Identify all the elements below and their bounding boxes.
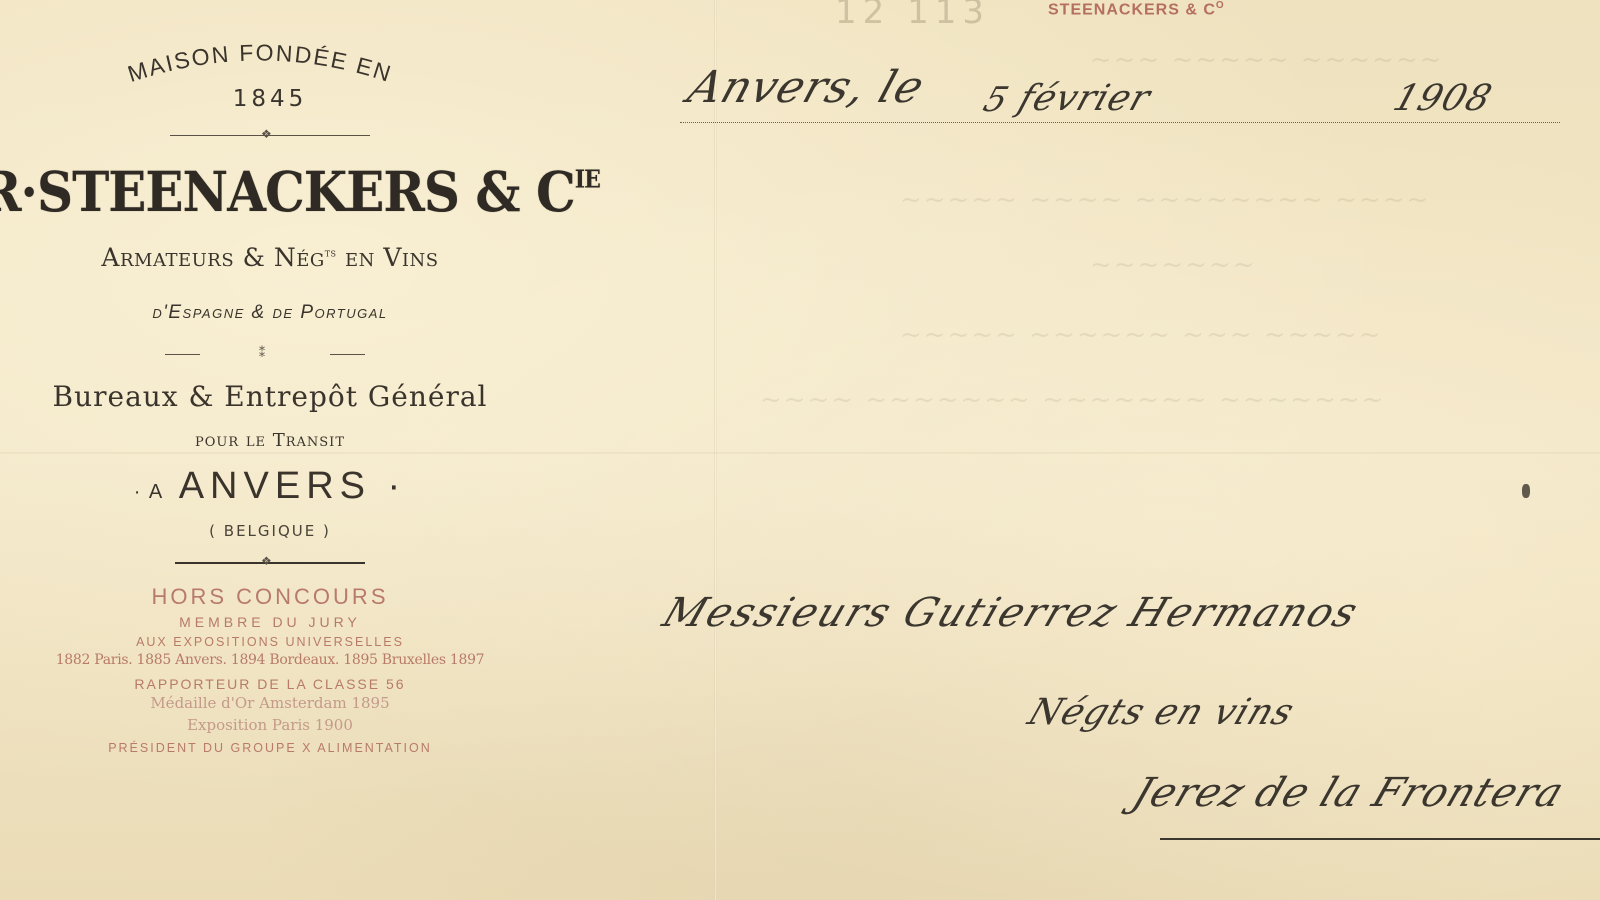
expositions-cities: 1882 Paris. 1885 Anvers. 1894 Bordeaux. … <box>0 652 550 668</box>
transit-line: pour le Transit <box>0 430 540 451</box>
date-rule <box>680 122 1560 123</box>
president-line: PRÉSIDENT DU GROUPE X ALIMENTATION <box>0 741 540 755</box>
show-through-text: ~~~~~ ~~~~~~ ~~~ ~~~~~ <box>900 320 1383 350</box>
stamp-text: STEENACKERS & C <box>1048 1 1216 18</box>
ornament-icon: ❖ <box>261 554 272 568</box>
show-through-text: ~~~~~ ~~~~ ~~~~~~~~ ~~~~ <box>900 185 1430 215</box>
ink-spot <box>1522 484 1530 498</box>
company-suffix: IE <box>575 166 600 195</box>
addressee-trade: Négts en vins <box>1023 692 1301 733</box>
divider <box>165 354 200 355</box>
addressee-city: Jerez de la Frontera <box>1127 770 1571 816</box>
exposition-paris-line: Exposition Paris 1900 <box>0 716 540 734</box>
show-through-text: ~~~ ~~~~~ ~~~~~~ <box>1090 45 1444 75</box>
founded-year: 1845 <box>0 86 540 112</box>
date-place: Anvers, le <box>682 62 931 113</box>
trade-sup: ts <box>325 246 337 260</box>
date-year: 1908 <box>1388 78 1497 119</box>
hors-concours: HORS CONCOURS <box>0 584 540 610</box>
date-day: 5 <box>979 80 1015 120</box>
stamp-sup: O <box>1216 0 1225 11</box>
addressee-name: Messieurs Gutierrez Hermanos <box>657 590 1366 636</box>
divider <box>330 354 365 355</box>
pencil-annotation: 12 113 <box>835 0 990 32</box>
rapporteur-line: RAPPORTEUR DE LA CLASSE 56 <box>0 676 540 692</box>
trade-origin: d'Espagne & de Portugal <box>0 302 540 324</box>
letterhead: MAISON FONDÉE EN 1845 ❖ R·STEENACKERS & … <box>0 0 540 900</box>
ornament-icon: ⁑ <box>259 346 265 360</box>
offices-line: Bureaux & Entrepôt Général <box>0 380 540 413</box>
trade-text-end: en Vins <box>337 243 439 272</box>
medaille-line: Médaille d'Or Amsterdam 1895 <box>0 694 540 712</box>
city-prefix: · A <box>134 481 164 503</box>
date-month: février <box>1013 78 1156 119</box>
city-name: · A ANVERS · <box>0 465 540 508</box>
city-underline <box>1160 838 1600 840</box>
company-stamp: STEENACKERS & CO <box>1048 0 1225 19</box>
expositions-line: AUX EXPOSITIONS UNIVERSELLES <box>0 635 540 649</box>
show-through-text: ~~~~ ~~~~~~~ ~~~~~~~ ~~~~~~~ <box>760 385 1385 415</box>
city-text: ANVERS · <box>164 465 406 507</box>
country-name: ( BELGIQUE ) <box>0 522 540 540</box>
membre-jury: MEMBRE DU JURY <box>0 614 540 630</box>
trade-text: Armateurs & Nég <box>101 243 324 272</box>
trade-description: Armateurs & Négts en Vins <box>0 243 540 272</box>
svg-text:MAISON FONDÉE EN: MAISON FONDÉE EN <box>124 39 395 87</box>
company-name-text: R·STEENACKERS & C <box>0 159 575 224</box>
paper-fold-vertical <box>714 0 717 900</box>
show-through-text: ~~~~~~~ <box>1090 250 1257 280</box>
company-name: R·STEENACKERS & CIE <box>0 159 560 224</box>
ornament-icon: ❖ <box>261 127 272 141</box>
